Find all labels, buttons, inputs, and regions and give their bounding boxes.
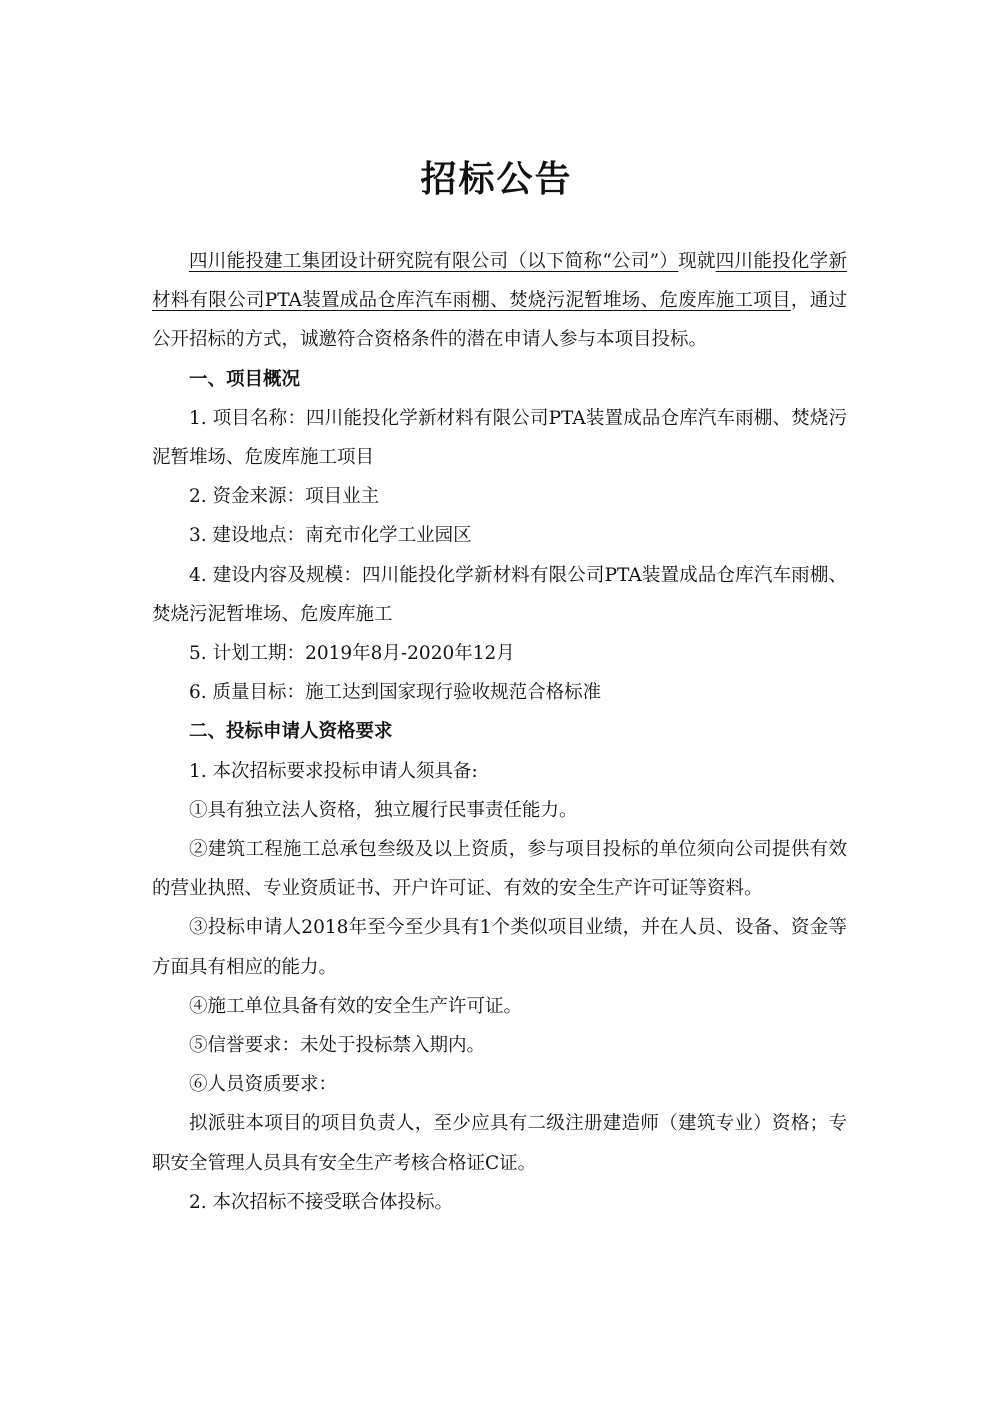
item-value: 项目业主 <box>305 486 379 507</box>
item-label: 建设地点： <box>213 525 306 546</box>
item-number: 1. <box>189 408 207 429</box>
document-body: 四川能投建工集团设计研究院有限公司（以下简称“公司”）现就四川能投化学新材料有限… <box>152 242 847 1222</box>
requirement-3: ③投标申请人2018年至今至少具有1个类似项目业绩，并在人员、设备、资金等方面具… <box>152 908 847 986</box>
project-item-6: 6. 质量目标：施工达到国家现行验收规范合格标准 <box>152 673 847 712</box>
item-value: 施工达到国家现行验收规范合格标准 <box>305 682 601 703</box>
requirement-1: ①具有独立法人资格，独立履行民事责任能力。 <box>152 791 847 830</box>
item-number: 5. <box>189 643 207 664</box>
item-value: 南充市化学工业园区 <box>305 525 472 546</box>
item-label: 计划工期： <box>213 643 306 664</box>
item-number: 3. <box>189 525 207 546</box>
requirement-4: ④施工单位具备有效的安全生产许可证。 <box>152 987 847 1026</box>
project-item-3: 3. 建设地点：南充市化学工业园区 <box>152 516 847 555</box>
requirement-5: ⑤信誉要求：未处于投标禁入期内。 <box>152 1026 847 1065</box>
item-number: 6. <box>189 682 207 703</box>
qualification-item-1: 1. 本次招标要求投标申请人须具备: <box>152 752 847 791</box>
item-label: 项目名称： <box>213 408 306 429</box>
requirement-2: ②建筑工程施工总承包叁级及以上资质，参与项目投标的单位须向公司提供有效的营业执照… <box>152 830 847 908</box>
project-item-1: 1. 项目名称：四川能投化学新材料有限公司PTA装置成品仓库汽车雨棚、焚烧污泥暂… <box>152 399 847 477</box>
item-label: 建设内容及规模： <box>213 565 362 586</box>
company-name: 四川能投建工集团设计研究院有限公司（以下简称“公司”） <box>189 251 678 272</box>
item-label: 质量目标： <box>213 682 306 703</box>
project-item-5: 5. 计划工期：2019年8月-2020年12月 <box>152 634 847 673</box>
item-number: 2. <box>189 486 207 507</box>
requirement-6: ⑥人员资质要求： <box>152 1065 847 1104</box>
qualification-item-2: 2. 本次招标不接受联合体投标。 <box>152 1183 847 1222</box>
intro-connector: 现就 <box>678 251 716 272</box>
item-number: 4. <box>189 565 207 586</box>
project-item-4: 4. 建设内容及规模：四川能投化学新材料有限公司PTA装置成品仓库汽车雨棚、焚烧… <box>152 556 847 634</box>
item-value: 2019年8月-2020年12月 <box>305 643 515 664</box>
intro-paragraph: 四川能投建工集团设计研究院有限公司（以下简称“公司”）现就四川能投化学新材料有限… <box>152 242 847 360</box>
section2-heading: 二、投标申请人资格要求 <box>152 712 847 751</box>
item-label: 资金来源： <box>213 486 306 507</box>
requirement-6-detail: 拟派驻本项目的项目负责人，至少应具有二级注册建造师（建筑专业）资格；专职安全管理… <box>152 1104 847 1182</box>
document-title: 招标公告 <box>0 152 993 208</box>
project-item-2: 2. 资金来源：项目业主 <box>152 477 847 516</box>
section1-heading: 一、项目概况 <box>152 360 847 399</box>
document-page: 招标公告 四川能投建工集团设计研究院有限公司（以下简称“公司”）现就四川能投化学… <box>0 0 993 1404</box>
